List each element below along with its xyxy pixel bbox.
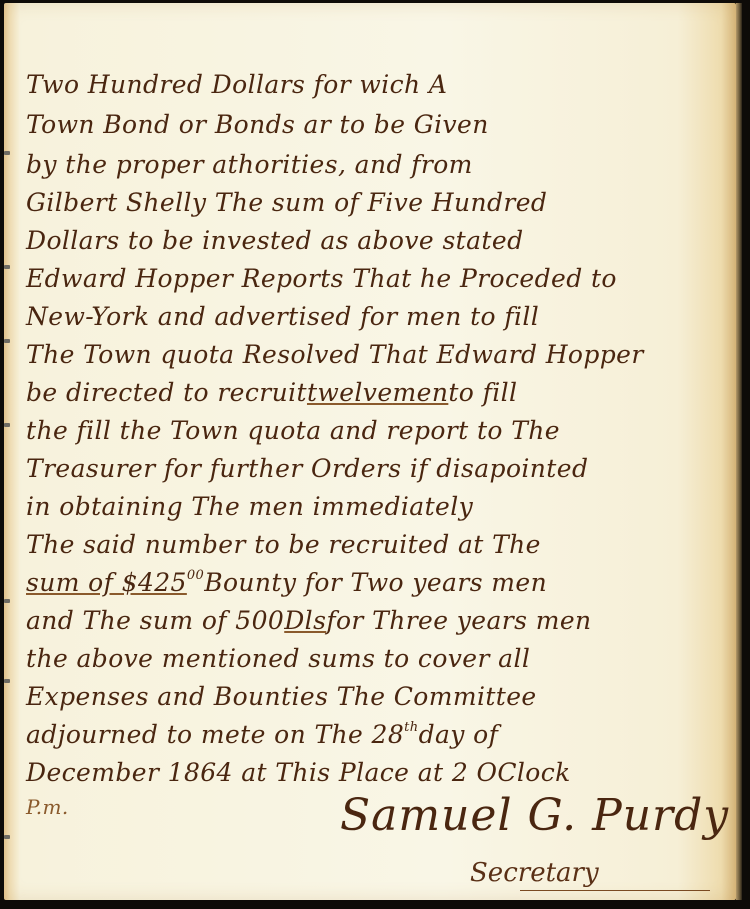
manuscript-line: Edward Hopper Reports That he Proceded t…	[26, 262, 617, 296]
signature-title: Secretary	[470, 858, 599, 888]
manuscript-scan: Two Hundred Dollars for wich A Town Bond…	[0, 0, 750, 909]
text-segment: for Three years men	[326, 604, 591, 638]
signature-underline	[520, 890, 710, 891]
manuscript-line: the above mentioned sums to cover all	[26, 642, 530, 676]
manuscript-line: the fill the Town quota and report to Th…	[26, 414, 560, 448]
manuscript-line: in obtaining The men immediately	[26, 490, 473, 524]
manuscript-line: New-York and advertised for men to fill	[26, 300, 539, 334]
manuscript-line: December 1864 at This Place at 2 OClock	[26, 756, 571, 790]
binding-stitch	[4, 423, 10, 427]
manuscript-line: Treasurer for further Orders if disapoin…	[26, 452, 588, 486]
manuscript-line: Expenses and Bounties The Committee	[26, 680, 537, 714]
manuscript-line: and The sum of 500 Dls for Three years m…	[26, 604, 592, 638]
binding-stitch	[4, 265, 10, 269]
text-segment: be directed to recruit	[26, 376, 307, 410]
superscript: 00	[187, 559, 204, 593]
manuscript-line: The Town quota Resolved That Edward Hopp…	[26, 338, 644, 372]
binding-stitch	[4, 339, 10, 343]
binding-stitch	[4, 679, 10, 683]
text-segment: day of	[419, 718, 499, 752]
manuscript-line: by the proper athorities, and from	[26, 148, 473, 182]
manuscript-line: The said number to be recruited at The	[26, 528, 541, 562]
manuscript-line: Dollars to be invested as above stated	[26, 224, 523, 258]
currency-abbrev: Dls	[284, 604, 326, 638]
text-segment: to fill	[448, 376, 517, 410]
manuscript-line: adjourned to mete on The 28th day of	[26, 718, 498, 752]
manuscript-line: Town Bond or Bonds ar to be Given	[26, 108, 489, 142]
binding-stitch	[4, 151, 10, 155]
underlined-word: twelve	[307, 376, 393, 410]
signature: Samuel G. Purdy	[340, 790, 729, 841]
text-segment: and The sum of 500	[26, 604, 284, 638]
text-segment: adjourned to mete on The 28	[26, 718, 404, 752]
manuscript-line: sum of $42500 Bounty for Two years men	[26, 566, 547, 600]
superscript: th	[404, 711, 418, 745]
binding-stitch	[4, 835, 10, 839]
manuscript-line: be directed to recruit twelve men to fil…	[26, 376, 517, 410]
manuscript-line: Two Hundred Dollars for wich A	[26, 68, 447, 102]
binding-stitch	[4, 599, 10, 603]
text-segment: Bounty for Two years men	[204, 566, 547, 600]
amount-text: sum of $425	[26, 566, 187, 600]
manuscript-line: Gilbert Shelly The sum of Five Hundred	[26, 186, 547, 220]
underlined-word: men	[393, 376, 449, 410]
manuscript-line: P.m.	[26, 790, 69, 824]
